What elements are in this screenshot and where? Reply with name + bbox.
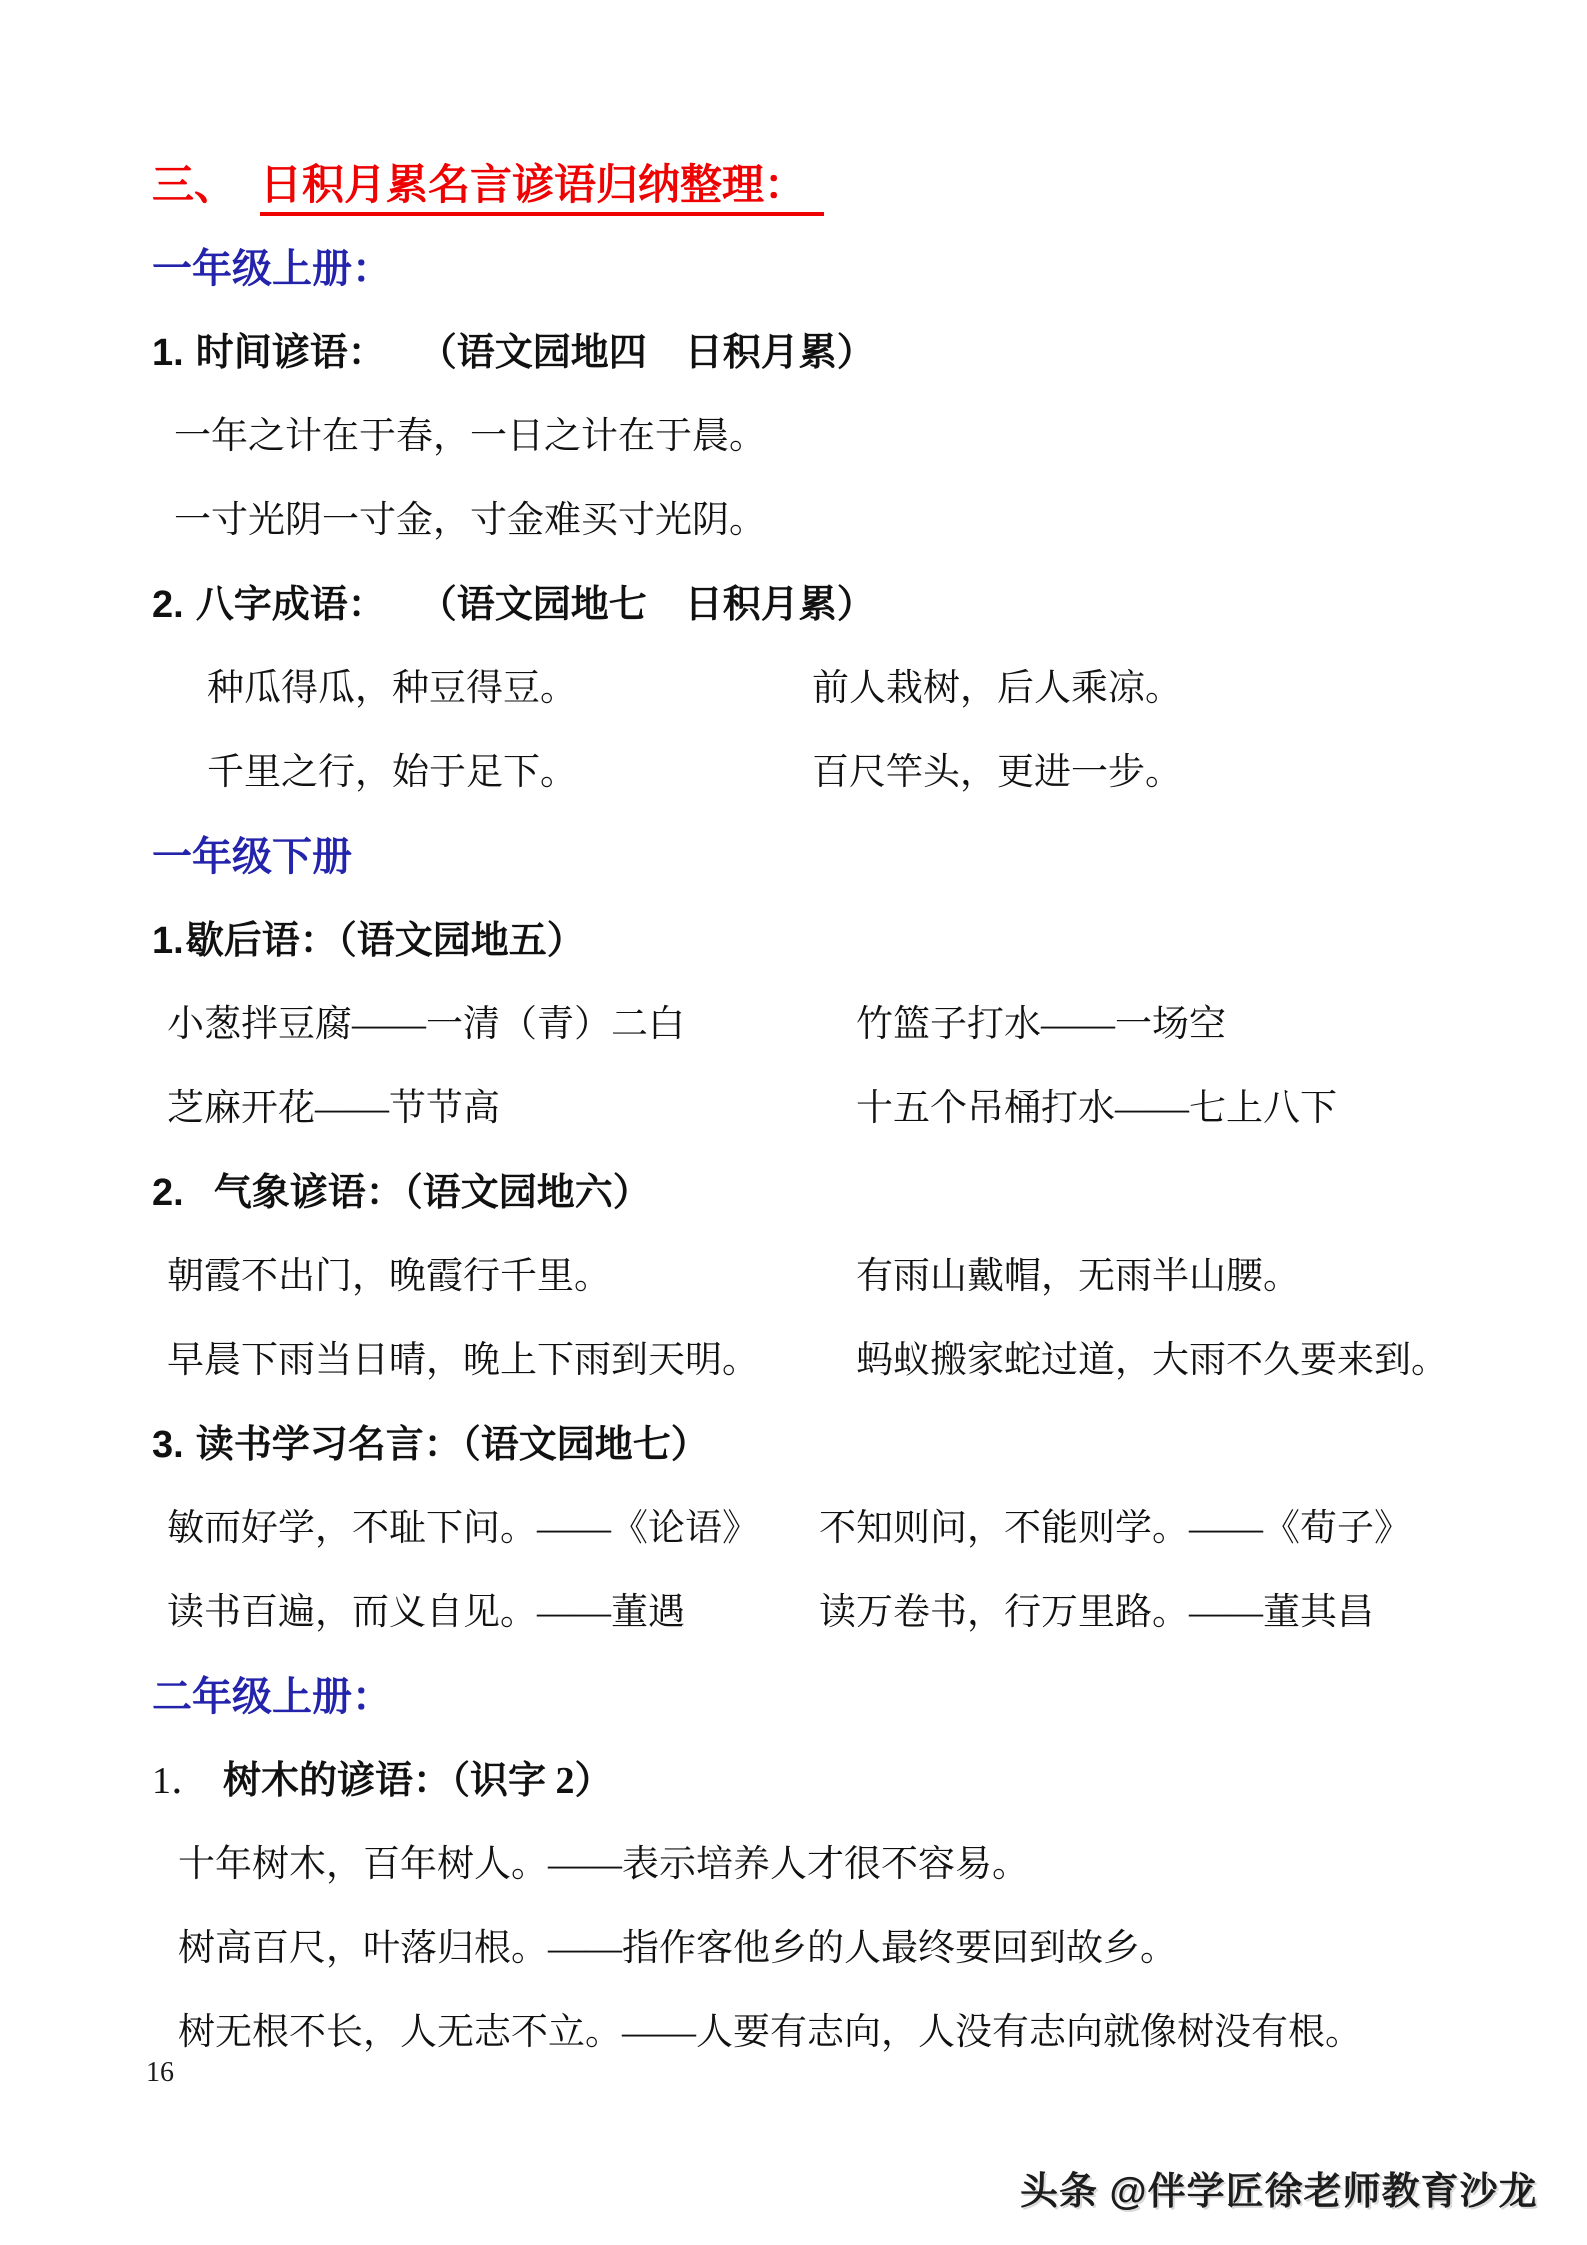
section-number: 2. [152,584,184,626]
proverb-line: 一寸光阴一寸金，寸金难买寸光阴。 [152,496,1527,546]
proverb-row: 敏而好学，不耻下问。——《论语》不知则问，不能则学。——《荀子》 [152,1504,1527,1554]
grade1-upper-title: 一年级上册： [152,244,1527,294]
section-header-weather-proverbs: 2.气象谚语：（语文园地六） [152,1168,1527,1218]
proverb-cell-right: 十五个吊桶打水——七上八下 [856,1084,1337,1134]
proverb-cell-left: 早晨下雨当日晴，晚上下雨到天明。 [167,1336,856,1386]
proverb-cell-left: 种瓜得瓜，种豆得豆。 [207,664,812,714]
proverb-row: 小葱拌豆腐——一清（青）二白竹篮子打水——一场空 [152,1000,1527,1050]
proverb-row: 读书百遍，而义自见。——董遇读万卷书，行万里路。——董其昌 [152,1588,1527,1638]
proverb-line: 十年树木，百年树人。——表示培养人才很不容易。 [152,1840,1527,1890]
proverb-cell-right: 前人栽树，后人乘凉。 [812,664,1182,714]
main-heading-title: 日积月累名言谚语归纳整理： [260,163,824,216]
proverb-line: 一年之计在于春，一日之计在于晨。 [152,412,1527,462]
section-source: （语文园地七 日积月累） [438,584,875,626]
section-name: 歇后语：（语文园地五） [186,920,585,962]
proverb-cell-right: 不知则问，不能则学。——《荀子》 [819,1504,1411,1554]
proverb-row: 朝霞不出门，晚霞行千里。有雨山戴帽，无雨半山腰。 [152,1252,1527,1302]
proverb-row: 千里之行，始于足下。百尺竿头，更进一步。 [152,748,1527,798]
main-heading-number: 三、 [152,163,236,209]
grade2-upper-title: 二年级上册： [152,1672,1527,1722]
proverb-line: 树无根不长，人无志不立。——人要有志向，人没有志向就像树没有根。 [152,2008,1527,2058]
section-header-eight-char-idioms: 2.八字成语：（语文园地七 日积月累） [152,580,1527,630]
proverb-cell-left: 千里之行，始于足下。 [207,748,812,798]
section-header-xiehouyu: 1.歇后语：（语文园地五） [152,916,1527,966]
proverb-row: 种瓜得瓜，种豆得豆。前人栽树，后人乘凉。 [152,664,1527,714]
section-number: 3. [152,1424,184,1466]
proverb-cell-right: 百尺竿头，更进一步。 [812,748,1182,798]
main-heading: 三、日积月累名言谚语归纳整理： [152,160,1527,212]
section-name: 读书学习名言：（语文园地七） [196,1424,709,1466]
section-name: 时间谚语： [196,332,386,374]
section-number: 1. [152,920,184,962]
section-name: 气象谚语：（语文园地六） [214,1172,651,1214]
section-name: 八字成语： [196,584,386,626]
proverb-cell-right: 竹篮子打水——一场空 [856,1000,1226,1050]
proverb-row: 早晨下雨当日晴，晚上下雨到天明。蚂蚁搬家蛇过道，大雨不久要来到。 [152,1336,1527,1386]
proverb-cell-left: 朝霞不出门，晚霞行千里。 [167,1252,856,1302]
proverb-line: 树高百尺，叶落归根。——指作客他乡的人最终要回到故乡。 [152,1924,1527,1974]
section-name: 树木的谚语：（识字 2） [223,1760,613,1802]
document-page: 三、日积月累名言谚语归纳整理： 一年级上册： 1.时间谚语：（语文园地四 日积月… [0,0,1587,2245]
section-header-time-proverbs: 1.时间谚语：（语文园地四 日积月累） [152,328,1527,378]
watermark: 头条 @伴学匠徐老师教育沙龙 [1020,2160,1538,2215]
proverb-row: 芝麻开花——节节高十五个吊桶打水——七上八下 [152,1084,1527,1134]
proverb-cell-right: 读万卷书，行万里路。——董其昌 [819,1588,1374,1638]
proverb-cell-left: 小葱拌豆腐——一清（青）二白 [167,1000,856,1050]
document-body: 三、日积月累名言谚语归纳整理： 一年级上册： 1.时间谚语：（语文园地四 日积月… [152,160,1527,2092]
grade1-lower-title: 一年级下册 [152,832,1527,882]
section-header-tree-proverbs: 1．树木的谚语：（识字 2） [152,1756,1527,1806]
proverb-cell-left: 读书百遍，而义自见。——董遇 [167,1588,819,1638]
proverb-cell-left: 芝麻开花——节节高 [167,1084,856,1134]
section-number: 1. [152,332,184,374]
page-number: 16 [146,2058,174,2088]
proverb-cell-left: 敏而好学，不耻下问。——《论语》 [167,1504,819,1554]
proverb-cell-right: 蚂蚁搬家蛇过道，大雨不久要来到。 [856,1336,1448,1386]
section-source: （语文园地四 日积月累） [438,332,875,374]
section-header-reading-quotes: 3.读书学习名言：（语文园地七） [152,1420,1527,1470]
section-number: 1． [152,1760,209,1802]
section-number: 2. [152,1172,184,1214]
proverb-cell-right: 有雨山戴帽，无雨半山腰。 [856,1252,1300,1302]
